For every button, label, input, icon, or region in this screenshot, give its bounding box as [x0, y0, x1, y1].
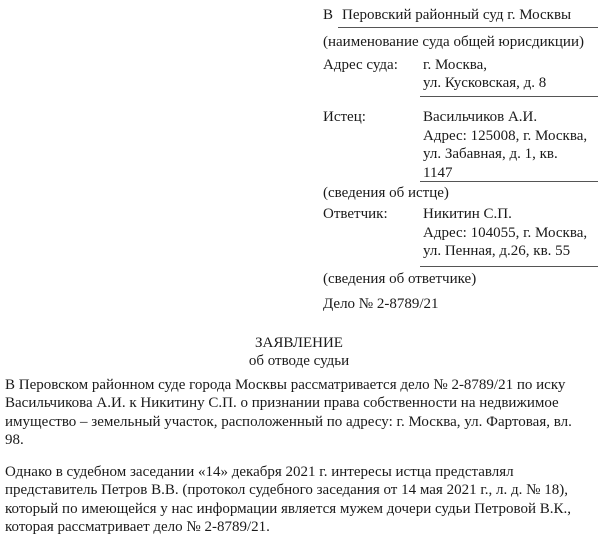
- plaintiff-address-line: ул. Забавная, д. 1, кв.: [423, 145, 558, 164]
- paragraph-line: который по имеющейся у нас информации яв…: [5, 500, 598, 518]
- paragraph-line: Васильчикова А.И. к Никитину С.П. о приз…: [5, 394, 598, 412]
- document-title: ЗАЯВЛЕНИЕ: [0, 334, 598, 352]
- plaintiff-name: Васильчиков А.И.: [423, 108, 537, 127]
- plaintiff-caption: (сведения об истце): [323, 184, 449, 203]
- paragraph-line: имущество – земельный участок, расположе…: [5, 413, 598, 431]
- document-subtitle: об отводе судьи: [0, 352, 598, 370]
- defendant-label: Ответчик:: [323, 205, 388, 224]
- plaintiff-address-line: Адрес: 125008, г. Москва,: [423, 127, 587, 146]
- addressee-prefix: В: [323, 6, 333, 25]
- court-address-label: Адрес суда:: [323, 56, 398, 75]
- plaintiff-underline: [420, 181, 598, 182]
- defendant-underline: [420, 266, 598, 267]
- paragraph-line: В Перовском районном суде города Москвы …: [5, 376, 598, 394]
- court-name: Перовский районный суд г. Москвы: [342, 6, 571, 25]
- court-name-underline: [338, 27, 598, 28]
- defendant-caption: (сведения об ответчике): [323, 270, 476, 289]
- body-paragraph-1: В Перовском районном суде города Москвы …: [5, 376, 598, 449]
- paragraph-line: Однако в судебном заседании «14» декабря…: [5, 463, 598, 481]
- paragraph-line: которая рассматривает дело № 2-8789/21.: [5, 518, 598, 536]
- court-address-line: г. Москва,: [423, 56, 487, 75]
- court-address-underline: [420, 96, 598, 97]
- court-address-line: ул. Кусковская, д. 8: [423, 74, 546, 93]
- paragraph-line: представитель Петров В.В. (протокол суде…: [5, 481, 598, 499]
- defendant-address-line: ул. Пенная, д.26, кв. 55: [423, 242, 570, 261]
- plaintiff-address-line: 1147: [423, 164, 452, 183]
- defendant-name: Никитин С.П.: [423, 205, 512, 224]
- case-number: Дело № 2-8789/21: [323, 295, 439, 314]
- paragraph-line: 98.: [5, 431, 598, 449]
- defendant-address-line: Адрес: 104055, г. Москва,: [423, 224, 587, 243]
- body-paragraph-2: Однако в судебном заседании «14» декабря…: [5, 463, 598, 536]
- court-caption: (наименование суда общей юрисдикции): [323, 33, 584, 52]
- plaintiff-label: Истец:: [323, 108, 366, 127]
